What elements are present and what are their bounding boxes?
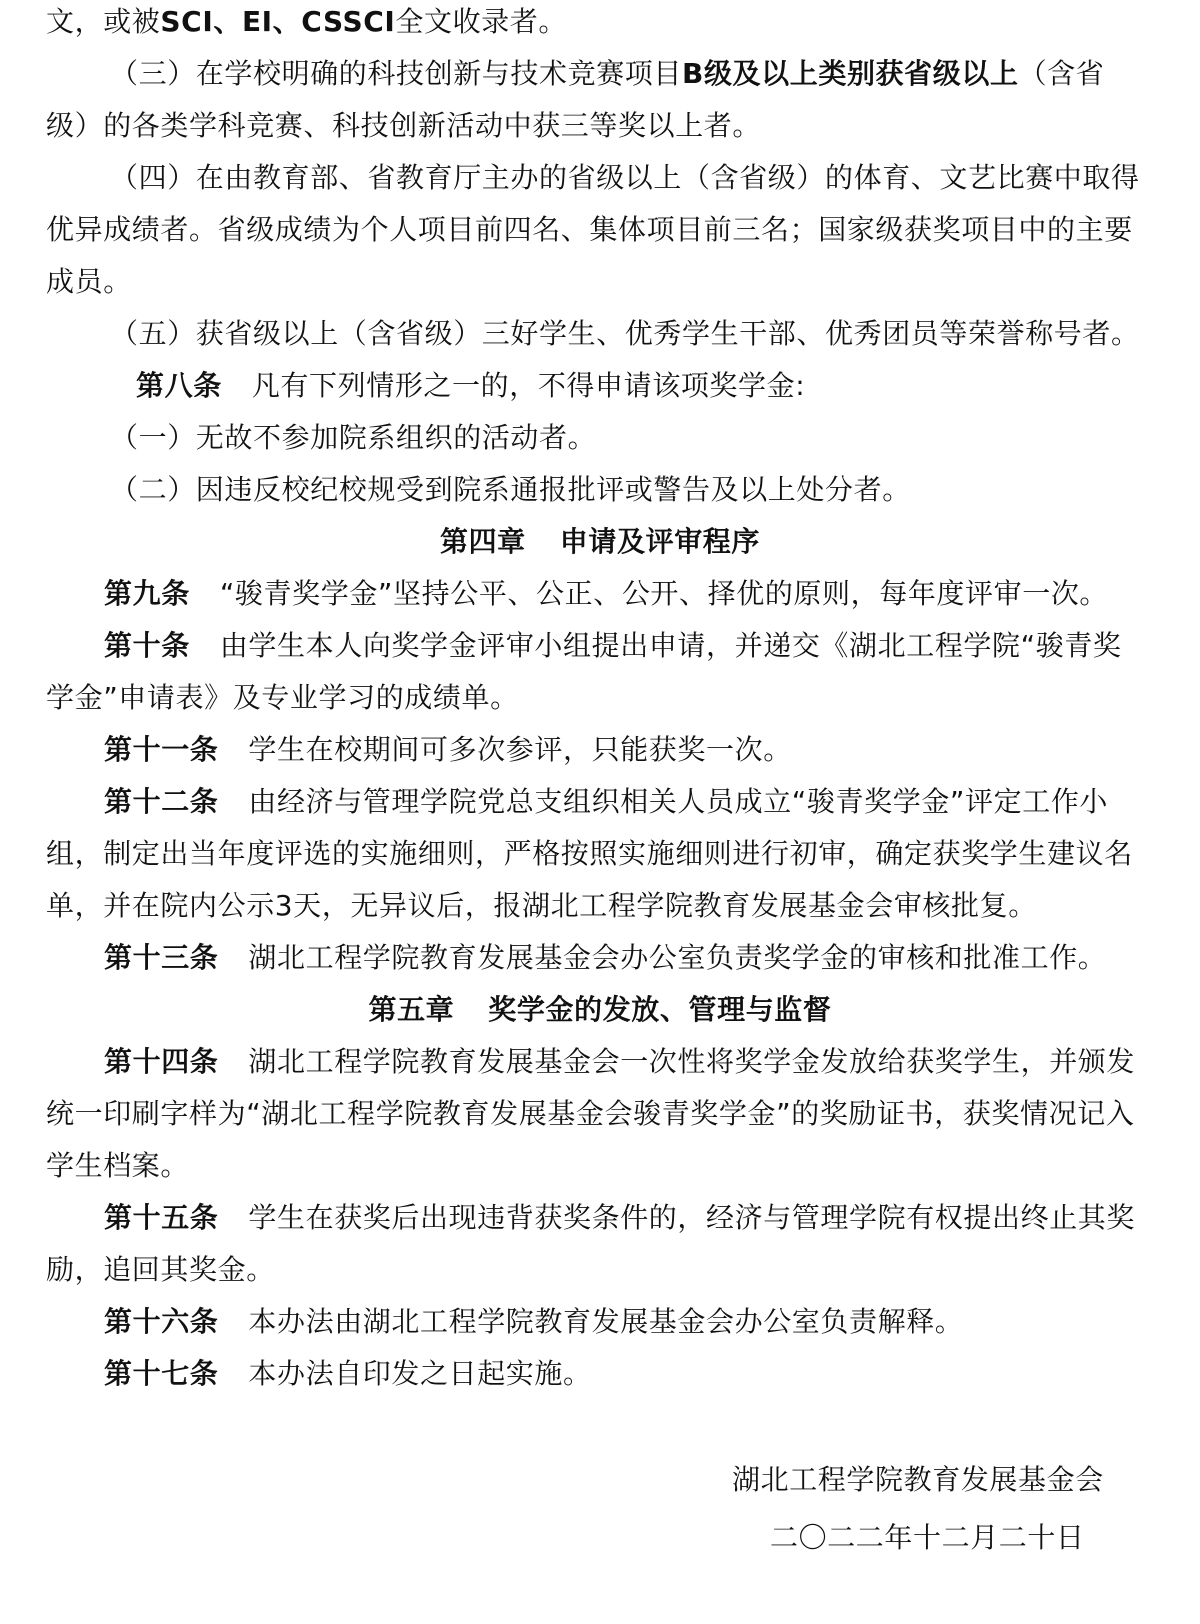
bold-text: SCI、EI、CSSCI bbox=[160, 5, 395, 38]
paragraph-line: （四）在由教育部、省教育厅主办的省级以上（含省级）的体育、文艺比赛中取得 bbox=[110, 158, 1140, 198]
article-13: 第十三条湖北工程学院教育发展基金会办公室负责奖学金的审核和批准工作。 bbox=[104, 938, 1106, 978]
list-item: （二）因违反校纪校规受到院系通报批评或警告及以上处分者。 bbox=[110, 470, 911, 510]
signature-organization: 湖北工程学院教育发展基金会 bbox=[732, 1460, 1104, 1500]
text: （含省 bbox=[1019, 57, 1105, 90]
article-heading: 第十六条 bbox=[104, 1305, 218, 1338]
article-heading: 第九条 bbox=[104, 577, 190, 610]
article-text: “骏青奖学金”坚持公平、公正、公开、择优的原则，每年度评审一次。 bbox=[220, 577, 1108, 610]
article-heading: 第十五条 bbox=[104, 1201, 218, 1234]
paragraph-line: 优异成绩者。省级成绩为个人项目前四名、集体项目前三名；国家级获奖项目中的主要 bbox=[46, 210, 1133, 250]
article-8: 第八条凡有下列情形之一的，不得申请该项奖学金: bbox=[136, 366, 805, 406]
paragraph-line: 文，或被SCI、EI、CSSCI全文收录者。 bbox=[46, 2, 567, 42]
article-text: 由经济与管理学院党总支组织相关人员成立“骏青奖学金”评定工作小 bbox=[248, 785, 1108, 818]
article-11: 第十一条学生在校期间可多次参评，只能获奖一次。 bbox=[104, 730, 792, 770]
bold-text: B级及以上类别获省级以上 bbox=[682, 57, 1019, 90]
article-16: 第十六条本办法由湖北工程学院教育发展基金会办公室负责解释。 bbox=[104, 1302, 963, 1342]
chapter-title: 奖学金的发放、管理与监督 bbox=[488, 993, 831, 1026]
chapter-number: 第四章 bbox=[440, 525, 526, 558]
text: （三）在学校明确的科技创新与技术竞赛项目 bbox=[110, 57, 682, 90]
paragraph-line: 学金”申请表》及专业学习的成绩单。 bbox=[46, 678, 519, 718]
article-text: 湖北工程学院教育发展基金会一次性将奖学金发放给获奖学生，并颁发 bbox=[248, 1045, 1135, 1078]
article-text: 本办法自印发之日起实施。 bbox=[248, 1357, 591, 1390]
article-12: 第十二条由经济与管理学院党总支组织相关人员成立“骏青奖学金”评定工作小 bbox=[104, 782, 1108, 822]
paragraph-line: 成员。 bbox=[46, 262, 132, 302]
paragraph-line: 组，制定出当年度评选的实施细则，严格按照实施细则进行初审，确定获奖学生建议名 bbox=[46, 834, 1133, 874]
article-heading: 第十三条 bbox=[104, 941, 218, 974]
article-10: 第十条由学生本人向奖学金评审小组提出申请，并递交《湖北工程学院“骏青奖 bbox=[104, 626, 1122, 666]
chapter-heading: 第五章奖学金的发放、管理与监督 bbox=[0, 990, 1200, 1030]
article-heading: 第八条 bbox=[136, 369, 222, 402]
paragraph-line: 级）的各类学科竞赛、科技创新活动中获三等奖以上者。 bbox=[46, 106, 761, 146]
article-15: 第十五条学生在获奖后出现违背获奖条件的，经济与管理学院有权提出终止其奖 bbox=[104, 1198, 1135, 1238]
article-17: 第十七条本办法自印发之日起实施。 bbox=[104, 1354, 592, 1394]
list-item: （一）无故不参加院系组织的活动者。 bbox=[110, 418, 596, 458]
document-page: 文，或被SCI、EI、CSSCI全文收录者。 （三）在学校明确的科技创新与技术竞… bbox=[0, 0, 1200, 1624]
text: 全文收录者。 bbox=[395, 5, 567, 38]
chapter-heading: 第四章申请及评审程序 bbox=[0, 522, 1200, 562]
paragraph-line: 励，追回其奖金。 bbox=[46, 1250, 275, 1290]
article-14: 第十四条湖北工程学院教育发展基金会一次性将奖学金发放给获奖学生，并颁发 bbox=[104, 1042, 1135, 1082]
article-heading: 第十一条 bbox=[104, 733, 218, 766]
chapter-number: 第五章 bbox=[368, 993, 454, 1026]
article-heading: 第十二条 bbox=[104, 785, 218, 818]
paragraph-line: （五）获省级以上（含省级）三好学生、优秀学生干部、优秀团员等荣誉称号者。 bbox=[110, 314, 1140, 354]
article-9: 第九条“骏青奖学金”坚持公平、公正、公开、择优的原则，每年度评审一次。 bbox=[104, 574, 1108, 614]
text: 文，或被 bbox=[46, 5, 160, 38]
article-heading: 第十四条 bbox=[104, 1045, 218, 1078]
article-text: 湖北工程学院教育发展基金会办公室负责奖学金的审核和批准工作。 bbox=[248, 941, 1106, 974]
article-text: 学生在获奖后出现违背获奖条件的，经济与管理学院有权提出终止其奖 bbox=[248, 1201, 1135, 1234]
paragraph-line: 统一印刷字样为“湖北工程学院教育发展基金会骏青奖学金”的奖励证书，获奖情况记入 bbox=[46, 1094, 1134, 1134]
paragraph-line: 学生档案。 bbox=[46, 1146, 189, 1186]
article-heading: 第十条 bbox=[104, 629, 190, 662]
article-text: 本办法由湖北工程学院教育发展基金会办公室负责解释。 bbox=[248, 1305, 963, 1338]
article-heading: 第十七条 bbox=[104, 1357, 218, 1390]
signature-date: 二〇二二年十二月二十日 bbox=[770, 1518, 1085, 1558]
article-text: 学生在校期间可多次参评，只能获奖一次。 bbox=[248, 733, 791, 766]
article-text: 由学生本人向奖学金评审小组提出申请，并递交《湖北工程学院“骏青奖 bbox=[220, 629, 1122, 662]
paragraph-line: 单，并在院内公示3天，无异议后，报湖北工程学院教育发展基金会审核批复。 bbox=[46, 886, 1037, 926]
paragraph-line: （三）在学校明确的科技创新与技术竞赛项目B级及以上类别获省级以上（含省 bbox=[110, 54, 1104, 94]
chapter-title: 申请及评审程序 bbox=[560, 525, 760, 558]
article-text: 凡有下列情形之一的，不得申请该项奖学金: bbox=[252, 369, 805, 402]
